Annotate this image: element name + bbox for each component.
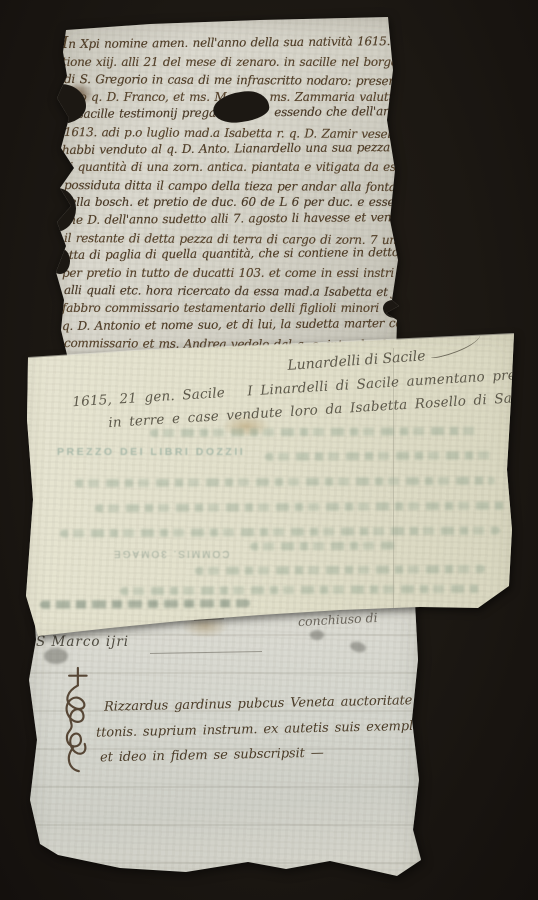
- top-sheet: In Xpi nomine amen. nell'anno della sua …: [50, 14, 410, 364]
- manuscript-line: In Xpi nomine amen. nell'anno della sua …: [62, 31, 410, 54]
- show-through-line: [265, 451, 495, 461]
- paper-hole: [50, 248, 70, 274]
- paper-hole: [383, 300, 405, 318]
- show-through-line: [95, 502, 505, 513]
- manuscript-photo: In Xpi nomine amen. nell'anno della sua …: [0, 0, 538, 900]
- overlay-slip: Lunardelli di Sacile 1615, 21 gen. Sacil…: [20, 330, 520, 642]
- show-through-stamp: COMMIS. 3OMAGE: [112, 548, 229, 559]
- show-through-line: [250, 541, 400, 550]
- notary-subscription-line: et ideo in fidem se subscripsit —: [100, 746, 324, 766]
- manuscript-line: che D. dell'anno sudetto alli 7. agosto …: [62, 208, 410, 229]
- manuscript-line: possiduta ditta il campo della tieza per…: [64, 177, 410, 197]
- pen-rule-line: [150, 651, 262, 654]
- archival-caption: Lunardelli di Sacile: [287, 339, 485, 374]
- show-through-line: [60, 526, 500, 537]
- manuscript-text-block: In Xpi nomine amen. nell'anno della sua …: [62, 34, 410, 353]
- show-through-line: [150, 427, 480, 437]
- manuscript-line: per pretio in tutto de ducatti 103. et c…: [62, 265, 410, 283]
- overlay-slip-wrap: Lunardelli di Sacile 1615, 21 gen. Sacil…: [20, 330, 520, 642]
- show-through-line: [40, 599, 250, 608]
- pen-flourish: [428, 330, 485, 359]
- notary-subscription-line: ttonis. suprium instrum. ex autetis suis…: [96, 718, 424, 740]
- ink-smudge: [349, 640, 367, 654]
- manuscript-line: tione xiij. alli 21 del mese di zenaro. …: [62, 54, 410, 72]
- manuscript-line: habbi venduto al q. D. Anto. Lianardello…: [62, 138, 410, 159]
- manuscript-line: di quantità di una zorn. antica. piantat…: [62, 159, 410, 177]
- top-sheet-wrap: In Xpi nomine amen. nell'anno della sua …: [50, 14, 410, 364]
- show-through-line: [75, 477, 495, 488]
- manuscript-line: etta di paglia di quella quantità, che s…: [62, 244, 410, 265]
- notary-tabellionato-sign-icon: [38, 666, 108, 778]
- manuscript-line: alli quali etc. hora ricercato da essa m…: [64, 282, 410, 302]
- ink-smudge: [44, 648, 68, 664]
- show-through-line: [120, 585, 480, 596]
- manuscript-line: di S. Gregorio in casa di me infrascritt…: [64, 71, 410, 91]
- faint-stamp-text: PREZZO DEI LIBRI DOZZII: [57, 446, 245, 458]
- notary-subscription-line: Rizzardus gardinus pubcus Veneta auctori…: [104, 692, 424, 714]
- show-through-line: [195, 565, 485, 575]
- archival-caption-text: Lunardelli di Sacile: [287, 348, 426, 374]
